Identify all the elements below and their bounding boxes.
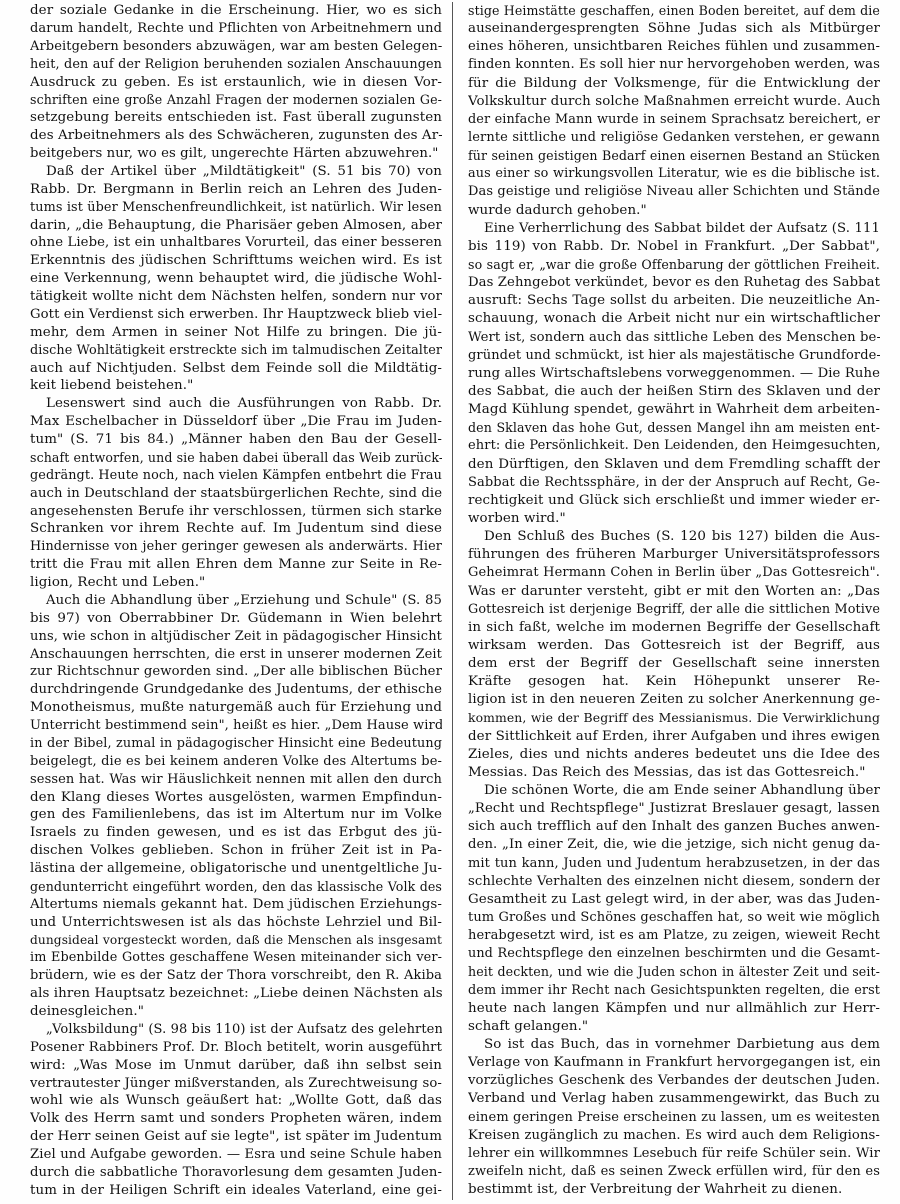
text-line: Die schönen Worte, die am Ende seiner Ab… (468, 782, 880, 800)
text-line: wird: „Was Mose im Unmut darüber, daß ih… (30, 1057, 442, 1075)
text-line: durchdringende Grundgedanke des Judentum… (30, 681, 442, 699)
text-line: Lesenswert sind auch die Ausführungen vo… (30, 395, 442, 413)
text-line: ehrt: die Persönlichkeit. Den Leidenden,… (468, 437, 880, 455)
text-line: auch auf Nichtjuden. Selbst dem Feinde s… (30, 360, 442, 378)
text-line: einem geringen Preise erscheinen zu lass… (468, 1109, 880, 1127)
text-line: bestimmt ist, der Verbreitung der Wahrhe… (468, 1181, 880, 1199)
text-line: der soziale Gedanke in die Erscheinung. … (30, 2, 442, 20)
text-line: Kreisen zugänglich zu machen. Es wird au… (468, 1127, 880, 1145)
text-line: stige Heimstätte geschaffen, einen Boden… (468, 2, 880, 20)
text-line: lernte sittliche und religiöse Gedanken … (468, 129, 880, 147)
text-line: Messias. Das Reich des Messias, das ist … (468, 764, 880, 782)
text-line: Volk des Herrn samt und sonders Prophete… (30, 1110, 442, 1128)
text-line: des Sabbat, die auch der heißen Stirn de… (468, 383, 880, 401)
text-line: aus einer so wirkungsvollen Literatur, w… (468, 165, 880, 183)
text-line: finden konnten. Es soll hier nur hervorg… (468, 56, 880, 74)
text-line: tum" (S. 71 bis 84.) „Männer haben den B… (30, 431, 442, 449)
text-line: des Arbeitnehmers als des Schwächeren, z… (30, 127, 442, 145)
text-line: gründet und schmückt, ist hier als majes… (468, 347, 880, 365)
text-line: Gottesreich ist derjenige Begriff, der a… (468, 601, 880, 619)
text-line: rechtigkeit und Glück sich erschließt un… (468, 492, 880, 510)
text-line: brüdern, wie es der Satz der Thora vorsc… (30, 967, 442, 985)
text-line: den Klang dieses Wortes ausgelösten, war… (30, 789, 442, 807)
text-line: dische Wohltätigkeit erstreckte sich im … (30, 342, 442, 360)
text-line: gendunterricht eingeführt worden, den da… (30, 878, 442, 896)
text-line: und Unterrichtswesen ist als das höchste… (30, 914, 442, 932)
text-line: angesehensten Berufe ihr verschlossen, t… (30, 503, 442, 521)
text-line: Kräfte gesogen hat. Kein Höhepunkt unser… (468, 673, 880, 691)
text-line: Ausdruck zu geben. Es ist erstaunlich, w… (30, 74, 442, 92)
text-line: sessen hat. Was wir Häuslichkeit nennen … (30, 771, 442, 789)
text-line: schriften eine große Anzahl Fragen der m… (30, 91, 442, 109)
right-column: stige Heimstätte geschaffen, einen Boden… (468, 2, 880, 1199)
text-line: führungen des früheren Marburger Univers… (468, 546, 880, 564)
text-line: zweifeln nicht, daß es seinen Zweck erfü… (468, 1163, 880, 1181)
text-line: dungsideal vorgesteckt worden, daß die M… (30, 932, 442, 950)
text-line: Geheimrat Hermann Cohen in Berlin über „… (468, 564, 880, 582)
text-line: Wert ist, sondern auch das sittliche Leb… (468, 329, 880, 347)
text-line: wurde dadurch gehoben." (468, 202, 880, 220)
text-line: Schranken vor ihrem Rechte auf. Im Juden… (30, 520, 442, 538)
text-line: durch die sabbatliche Thoravorlesung dem… (30, 1164, 442, 1182)
text-line: So ist das Buch, das in vornehmer Darbie… (468, 1036, 880, 1054)
text-line: dischen Volkes geblieben. Schon in frühe… (30, 842, 442, 860)
text-line: gedrängt. Heute noch, nach vielen Kämpfe… (30, 467, 442, 485)
text-line: Das geistige und religiöse Niveau aller … (468, 183, 880, 201)
text-line: beitgebers nur, wo es gilt, ungerechte H… (30, 145, 442, 163)
text-line: tums ist über Menschenfreundlichkeit, is… (30, 199, 442, 217)
text-line: ligion ist in den neueren Zeiten zu solc… (468, 691, 880, 709)
text-line: Den Schluß des Buches (S. 120 bis 127) b… (468, 528, 880, 546)
text-line: rung alles Wirtschaftslebens vorweggenom… (468, 365, 880, 383)
text-line: herabgesetzt wird, ist es am Platze, zu … (468, 927, 880, 945)
text-line: deinesgleichen." (30, 1003, 442, 1021)
text-line: Altertums niemals gekannt hat. Dem jüdis… (30, 896, 442, 914)
text-line: wohl wie als Wunsch geäußert hat: „Wollt… (30, 1092, 442, 1110)
text-line: für seinen geistigen Bedarf einen eisern… (468, 147, 880, 165)
text-line: dem immer ihr Recht nach Gesichtspunkten… (468, 982, 880, 1000)
text-line: eines höheren, unsichtbaren Reiches fühl… (468, 38, 880, 56)
text-line: der einfache Mann wurde in seinem Sprach… (468, 111, 880, 129)
text-line: auseinandergesprengten Söhne Judas sich … (468, 20, 880, 38)
text-line: tritt die Frau mit allen Ehren dem Manne… (30, 556, 442, 574)
text-line: ligion, Recht und Leben." (30, 574, 442, 592)
text-line: schauung, wonach die Arbeit nicht nur ei… (468, 310, 880, 328)
text-line: mehr, dem Armen in seiner Not Hilfe zu b… (30, 324, 442, 342)
text-line: uns, wie schon in altjüdischer Zeit in p… (30, 628, 442, 646)
text-line: in der Bibel, zumal in pädagogischer Hin… (30, 735, 442, 753)
text-line: Das Zehngebot verkündet, bevor es den Ru… (468, 274, 880, 292)
text-line: keit liebend beistehen." (30, 377, 442, 395)
column-divider (452, 2, 453, 1200)
text-line: Ziel und Aufgabe geworden. — Esra und se… (30, 1146, 442, 1164)
text-line: den Dürftigen, den Sklaven und dem Fremd… (468, 456, 880, 474)
text-line: Volkskultur durch solche Maßnahmen errei… (468, 93, 880, 111)
text-line: heit deckten, und wie die Juden schon in… (468, 963, 880, 981)
left-column: der soziale Gedanke in die Erscheinung. … (30, 2, 442, 1200)
text-line: Zieles, dies und nichts anderes bedeutet… (468, 746, 880, 764)
text-line: Rabb. Dr. Bergmann in Berlin reich an Le… (30, 181, 442, 199)
text-line: den. „In einer Zeit, die, wie die jetzig… (468, 836, 880, 854)
text-line: Hindernisse von jeher geringer gewesen a… (30, 538, 442, 556)
text-line: Magd Kühlung spendet, gewährt in Wahrhei… (468, 401, 880, 419)
text-line: bis 119) von Rabb. Dr. Nobel in Frankfur… (468, 238, 880, 256)
text-line: ohne Liebe, ist ein unhaltbares Vorurtei… (30, 234, 442, 252)
text-line: darum handelt, Rechte und Pflichten von … (30, 20, 442, 38)
text-line: Verlage von Kaufmann in Frankfurt hervor… (468, 1054, 880, 1072)
text-line: Erkenntnis des jüdischen Schrifttums wei… (30, 252, 442, 270)
document-page: der soziale Gedanke in die Erscheinung. … (0, 0, 900, 1204)
text-line: Was er darunter versteht, gibt er mit de… (468, 583, 880, 601)
text-line: heute nach langen Kämpfen und nur allmäh… (468, 1000, 880, 1018)
text-line: darin, „die Behauptung, die Pharisäer ge… (30, 217, 442, 235)
text-line: bis 97) von Oberrabbiner Dr. Güdemann in… (30, 610, 442, 628)
text-line: „Volksbildung" (S. 98 bis 110) ist der A… (30, 1021, 442, 1039)
text-line: Gesamtheit zu Last gelegt wird, in der a… (468, 891, 880, 909)
text-line: sich auch trefflich auf den Inhalt des g… (468, 818, 880, 836)
text-line: Auch die Abhandlung über „Erziehung und … (30, 592, 442, 610)
text-line: heit, den auf der Religion beruhenden so… (30, 56, 442, 74)
text-line: worben wird." (468, 510, 880, 528)
text-line: lästina der allgemeine, obligatorische u… (30, 860, 442, 878)
text-line: und Rechtspflege den einzelnen beschirmt… (468, 945, 880, 963)
text-line: vorzügliches Geschenk des Verbandes der … (468, 1072, 880, 1090)
text-line: als ihren Hauptsatz bezeichnet: „Liebe d… (30, 985, 442, 1003)
text-line: mit tun kann, Juden und Judentum herabzu… (468, 855, 880, 873)
text-line: in sich faßt, welche im modernen Begriff… (468, 619, 880, 637)
text-line: den Sklaven das hohe Gut, dessen Mangel … (468, 419, 880, 437)
text-line: lehrer ein willkommnes Lesebuch für reif… (468, 1145, 880, 1163)
text-line: eine Verkennung, wenn behauptet wird, di… (30, 270, 442, 288)
text-line: Eine Verherrlichung des Sabbat bildet de… (468, 220, 880, 238)
text-line: schaft entworfen, und sie haben dabei üb… (30, 449, 442, 467)
text-line: dem erst der Begriff der Gesellschaft se… (468, 655, 880, 673)
text-line: Verband und Verlag haben zusammengewirkt… (468, 1090, 880, 1108)
text-line: auch in Deutschland der staatsbürgerlich… (30, 485, 442, 503)
text-line: Sabbat die Rechtssphäre, in der der Ansp… (468, 474, 880, 492)
text-line: Arbeitgebern besonders abzuwägen, war am… (30, 38, 442, 56)
text-line: Posener Rabbiners Prof. Dr. Bloch betite… (30, 1039, 442, 1057)
text-line: kommen, wie der Begriff des Messianismus… (468, 709, 880, 727)
text-line: Gott ein Verdienst sich erwerben. Ihr Ha… (30, 306, 442, 324)
text-line: für die Bildung der Volksmenge, für die … (468, 75, 880, 93)
text-line: Anschauungen herrschten, die erst in uns… (30, 646, 442, 664)
text-line: „Recht und Rechtspflege" Justizrat Bresl… (468, 800, 880, 818)
text-line: der Herr seinen Geist auf sie legte", is… (30, 1128, 442, 1146)
text-line: tum Großes und Schönes geschaffen hat, s… (468, 909, 880, 927)
text-line: schlechte Verhalten des einzelnen nicht … (468, 873, 880, 891)
text-line: Monotheismus, mußte naturgemäß auch für … (30, 699, 442, 717)
text-line: Unterricht bestimmend sein", heißt es hi… (30, 717, 442, 735)
text-line: setzgebung bereits entschieden ist. Fast… (30, 109, 442, 127)
text-line: zur Richtschnur geworden sind. „Der alle… (30, 663, 442, 681)
text-line: im Ebenbilde Gottes geschaffene Wesen mi… (30, 949, 442, 967)
text-line: Israels zu finden gewesen, und es ist da… (30, 824, 442, 842)
text-line: der Sittlichkeit auf Erden, ihrer Aufgab… (468, 728, 880, 746)
text-line: wirksam werden. Das Gottesreich ist der … (468, 637, 880, 655)
text-line: vertrautester Jünger mißverstanden, als … (30, 1075, 442, 1093)
text-line: tätigkeit wollte nicht dem Nächsten helf… (30, 288, 442, 306)
text-line: Max Eschelbacher in Düsseldorf über „Die… (30, 413, 442, 431)
text-line: so sagt er, „war die große Offenbarung d… (468, 256, 880, 274)
text-line: tum in der Heiligen Schrift ein ideales … (30, 1182, 442, 1200)
text-line: ausruft: Sechs Tage sollst du arbeiten. … (468, 292, 880, 310)
text-line: schaft gelangen." (468, 1018, 880, 1036)
text-line: beigelegt, die es bei keinem anderen Vol… (30, 753, 442, 771)
text-line: Daß der Artikel über „Mildtätigkeit" (S.… (30, 163, 442, 181)
text-line: gen des Familienlebens, das ist im Alter… (30, 806, 442, 824)
